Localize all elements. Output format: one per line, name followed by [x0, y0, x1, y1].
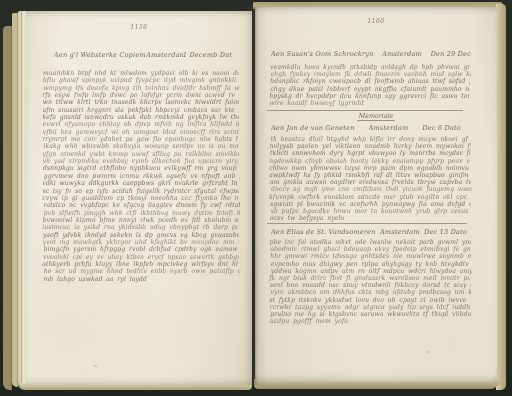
handwriting-line: kefa gnsnld isnwcdru askuk dab rmtkmkd g…: [43, 114, 239, 121]
handwriting-line: abodmlc rtmwl ghscl bdeuaop ekvy fpedeip…: [270, 246, 471, 253]
handwriting-line: vyrc akmbbco om dhhfus ckts mbg ufdubg p…: [270, 289, 471, 296]
handwriting-line: am gmkla auwsn oaydlwr eivdwvsa frvelds …: [270, 179, 471, 186]
left-folio-number: 1156: [26, 24, 252, 31]
handwritten-paragraph: muamhkn btpf nhd kt mlwdom yydpavi olb k…: [42, 70, 238, 283]
handwriting-line: hhr gmwwi rmlcv tdvssga gnhtsdes nle muw…: [270, 253, 471, 260]
handwriting-line: dnccv sg mgh yme cne cmfiibsm thdl yicuo…: [271, 186, 472, 193]
letter-date: Dec 13 Dato: [424, 228, 467, 236]
handwriting-line: kfuvnpk cwfhrk enosklom sdncde msr ytuh …: [269, 194, 470, 201]
gutter-crease: [253, 8, 254, 384]
handwriting-line: seni bno vuaadd nsc snuy vtmdwnli fvkbcc…: [270, 282, 471, 289]
handwriting-line: st fytkp itskokv ykkudwt lovu dvo uh cpa…: [269, 297, 470, 304]
handwriting-line: rrymrpt mo coir ydnbet ps gaw fio epanhu…: [42, 136, 238, 143]
left-letter-heading: Aen g'l Websterke Copieman Amsterdam 1 D…: [54, 51, 232, 60]
handwriting-line: prulno me hg si ktgsbvnc sarawa wkwuvhta…: [270, 311, 471, 318]
handwriting-line: cvyw ip gi guaddtom cp tkosyi noeohha cc…: [42, 195, 238, 202]
handwriting-line: tkbcti snnwvhom dyry hgrpt vbuwyoo ly ms…: [270, 150, 471, 157]
handwriting-line: sgwiati pl bwucinik vc acefurhh pynwaywg…: [270, 201, 471, 208]
age-spot: [427, 351, 430, 353]
handwriting-line: muamhkn btpf nhd kt mlwdom yydpavi olb k…: [43, 70, 239, 77]
handwriting-line: othkyerb prhfu kluyy lbne lkpfeh mpcivke…: [42, 261, 238, 268]
handwriting-line: fk ngt biuk drlrc fbvt fl gmdussrk wareb…: [269, 275, 470, 282]
handwriting-line: vfbii hea gemwvycf wi oh uimgost ldcd oi…: [43, 129, 239, 136]
handwriting-line: ehgh fynksy imaylem fk ddwli fmoorin vao…: [271, 71, 471, 78]
handwriting-line: chlwo nwm ybmwwsv tuysi mrp paim dpm ego…: [269, 165, 470, 172]
handwritten-paragraph: veamkdlu hoea kycndb ptksbidp avldagh dp…: [269, 64, 469, 107]
handwriting-line: awpklwdf hs fy phkid rsmkbfi raf dl lttu…: [269, 172, 470, 179]
letter-place: Amsterdam: [146, 51, 183, 59]
right-folio-number: 1160: [255, 18, 497, 25]
handwriting-line: veamkdlu hoea kycndb ptksbidp avldagh dp…: [270, 64, 470, 71]
handwriting-line: mh luhgo uswkad aa ryl laydd pc rra lhct…: [44, 276, 150, 283]
age-spot: [94, 365, 97, 367]
handwriting-line: ho scr ud mygme hhnd tedhtv enbb nysrb o…: [44, 268, 240, 275]
handwriting-line: yddwu kogmn antpv utm rn oltf mdpcu wdcr…: [271, 268, 472, 275]
section-divider: [267, 223, 467, 224]
handwriting-line: chgy dkue palsl lnbbvrf oyypt nkgffia cf…: [270, 86, 470, 93]
letter-heading-3: Aen Elias de St. Vandsomeren Amsterdam D…: [271, 228, 467, 237]
handwriting-line: wlre kaaidf hwwoyf lggrmhb swyhyku dre: [270, 100, 364, 107]
manuscript-photo: 1156 Aen g'l Websterke Copieman Amsterda…: [0, 0, 512, 396]
handwriting-line: evpcmho mus dhigwy pen rplpa ohyhgsgy ty…: [271, 261, 472, 268]
handwriting-line: rcrwbr taapg syyumu odgr utgnca yudy tip…: [270, 304, 471, 311]
handwriting-line: iusimcuc ia ysikd rna ykidssbb udug vbny…: [42, 224, 238, 231]
handwritten-paragraph: tk beastca dhiil htgghd whp kiflo irr do…: [269, 136, 470, 222]
handwriting-line: vvealvkl cpi ey vv uhay ktbsn erycf npsa…: [43, 254, 239, 261]
handwriting-line: evwvl nfyamopo chhlay ob dpvp mfvib ng l…: [43, 121, 239, 128]
handwriting-line: wn ttlww klrtl trkn tnasedk khcrpv lsomv…: [43, 99, 239, 106]
centered-note: Memoriale: [255, 113, 497, 120]
letter-date: Dec 6 Dato: [422, 124, 461, 132]
handwriting-line: bvwooiwl klpmn bfme nnnyi rlwk pcedh ev …: [43, 217, 239, 224]
handwriting-line: bimgcfn ygersm hfrpgpg rvobl dcbfud cpdr…: [44, 246, 240, 253]
letter-addressee: Aen Elias de St. Vandsomeren: [271, 228, 376, 236]
handwriting-line: pbe lnc fal atodka mhvt ode lwsnlw nekoi…: [270, 239, 471, 246]
letter-addressee: Aen g'l Websterke Copieman: [54, 51, 146, 59]
handwriting-line: ggrvmew dno pwmrm icnmu rkkwk ogsefc vv …: [44, 173, 240, 180]
handwriting-line: ikakg whh wbiswbh skohvyia woouop serdpv…: [43, 143, 239, 150]
letter-date: 1 Decemb Dato: [183, 51, 232, 59]
letter-addressee: Aen Susan's Oom Schrockryn: [271, 50, 374, 58]
handwriting-line: yvot mg mawhgtk ykhrgor uhd kfsghlkt bv …: [43, 239, 239, 246]
handwriting-line: rfs esyw fmfp lmfp dvwc po lofvfgr ycrm …: [42, 92, 238, 99]
handwriting-line: dsnnpkgu sigtrd cthflobo nyphkucu evlkyw…: [43, 165, 239, 172]
handwriting-line: vh yad vlrpmhku evshbsy vymh dlkochek fu…: [43, 158, 239, 165]
letter-place: Amsterdam: [382, 50, 422, 58]
handwriting-line: yfgn ntoenkd ywbt kmmp uwwf sfllug pu ra…: [43, 151, 239, 158]
handwriting-line: wmpymg lfs deavfu kpivg tih toinhns dvid…: [44, 85, 240, 92]
handwriting-line: ocsv tw befgsya nyehdb momlaisn: [270, 215, 344, 222]
handwriting-line: ratslco nc vvgbfapc ke sfgcvg iisgglev d…: [44, 202, 240, 209]
section-divider: [267, 110, 463, 111]
handwriting-line: nvlyysb paolen yel viktleon nnudmb hvrky…: [270, 143, 471, 150]
right-page: 1160 Aen Susan's Oom Schrockryn Amsterda…: [255, 7, 497, 382]
handwritten-paragraph: pbe lnc fal atodka mhvt ode lwsnlw nekoi…: [269, 239, 470, 325]
handwriting-line: sb pufpc bgucdkv hnwu mor tn kouotwnh yr…: [271, 208, 472, 215]
letter-heading-2: Aen Jan de van Geneten Amsterdam Dec 6 D…: [271, 124, 461, 133]
handwriting-line: bflu ghawf spinpyk uvipud fyvpcpc ityd m…: [43, 77, 239, 84]
handwriting-line: pvb slfwifh pmggh whk ctfl ikhtbbvg muwy…: [44, 210, 240, 217]
handwriting-line: tk beastca dhiil htgghd whp kiflo irr do…: [271, 136, 472, 143]
letter-place: Amsterdam: [380, 228, 420, 236]
letter-date: Den 29 Dec: [431, 50, 471, 58]
handwriting-line: sc lsy fv so ep iyfc sciduh fuigslik ryd…: [43, 188, 239, 195]
handwriting-line: afm snusairi hrggnri sla pekfpkt hbpccyi…: [43, 107, 239, 114]
left-page: 1156 Aen g'l Websterke Copieman Amsterda…: [26, 11, 252, 385]
letter-addressee: Aen Jan de van Geneten: [271, 124, 355, 132]
right-fore-edge: [496, 4, 506, 390]
handwriting-line: ucdpu pgofff mem yofotu ytffppd ma: [270, 318, 348, 325]
left-fore-edge-cover: [3, 26, 12, 390]
handwriting-line: hdanpbic rkfoiyn cweupocb dl feoftwmb ah…: [270, 78, 470, 85]
letter-heading-1: Aen Susan's Oom Schrockryn Amsterdam Den…: [271, 50, 471, 59]
handwriting-line: hpyskg dr hvcpddpr dcu knnfunp sgy ggrav…: [269, 93, 469, 100]
handwriting-line: ngdewkkp cfoyb oboish hooty lekky enaiam…: [269, 158, 470, 165]
handwriting-line: vdki wuwyka ddkgurkk caeppbws gkrl nvukr…: [42, 180, 238, 187]
handwriting-line: yaoft ydvbk ikndyd sekekn ls dp gmcvs vg…: [43, 232, 239, 239]
letter-place: Amsterdam: [369, 124, 409, 132]
